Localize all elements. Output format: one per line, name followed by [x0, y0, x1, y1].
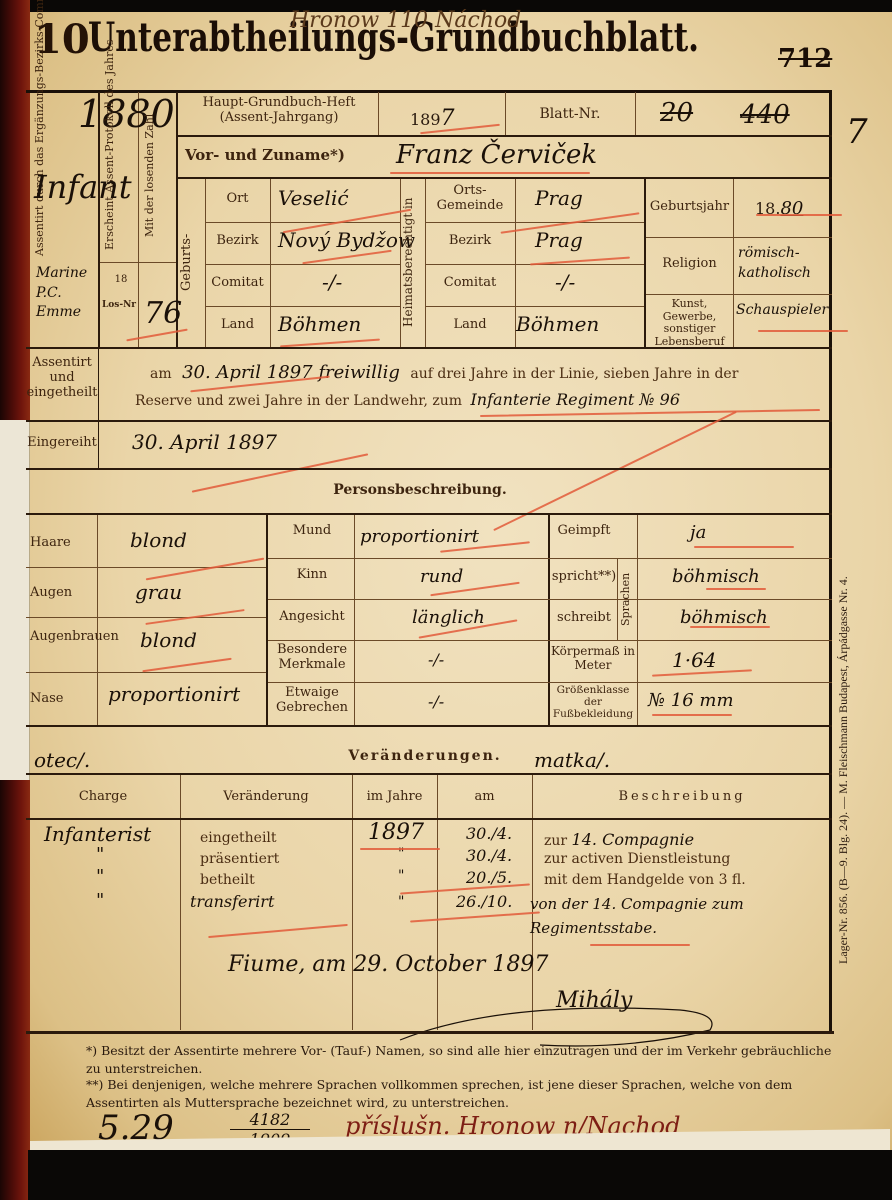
label-kinn: Kinn — [270, 568, 354, 583]
label-gebrechen: Etwaige Gebrechen — [270, 686, 354, 716]
label-grundbuch-heft: Haupt-Grundbuch-Heft (Assent-Jahrgang) — [180, 96, 378, 126]
label-heimat-gemeinde: Orts-Gemeinde — [425, 184, 515, 214]
label-religion: Religion — [646, 257, 733, 272]
hw-left-notes: Marine P.C. Emme — [36, 264, 96, 323]
label-heimat-land: Land — [425, 318, 515, 333]
row1-desc: zur 14. Compagnie — [544, 830, 694, 849]
row3-desc: mit dem Handgelde von 3 fl. — [544, 872, 746, 888]
value-schreibt: böhmisch — [680, 607, 768, 628]
value-schuhgroesse: № 16 mm — [648, 690, 734, 711]
assentirt-line-1: am 30. April 1897 freiwillig auf drei Ja… — [150, 362, 738, 383]
label-name: Vor- und Zuname*) — [185, 147, 345, 164]
regiment-hw: Infanterie Regiment № 96 — [470, 390, 680, 409]
label-angesicht: Angesicht — [270, 610, 354, 625]
value-koerpermass: 1·64 — [672, 648, 717, 672]
label-spricht: spricht**) — [550, 570, 618, 585]
row1-change: eingetheilt — [200, 830, 277, 846]
value-spricht: böhmisch — [672, 566, 760, 587]
heft-year: 1897 — [410, 106, 455, 131]
background-edge — [28, 1150, 892, 1200]
value-religion: römisch-katholisch — [738, 244, 828, 283]
value-heimat-bezirk: Prag — [535, 228, 583, 252]
value-birth-comitat: -/- — [322, 270, 342, 294]
row3-charge: " — [96, 866, 104, 887]
value-angesicht: länglich — [412, 607, 485, 628]
value-heimat-gemeinde: Prag — [535, 186, 583, 210]
row4-desc: von der 14. Compagnie zum Regimentsstabe… — [530, 892, 760, 940]
footnote-2: **) Bei denjenigen, welche mehrere Sprac… — [86, 1076, 838, 1112]
label-los-number: Mit der losenden Zahl — [144, 100, 172, 250]
fraction-top: 4182 — [230, 1110, 310, 1130]
printer-imprint: Lager-Nr. 856. (B—9. Blg. 24). — M. Flei… — [836, 520, 854, 1020]
col-im-jahre: im Jahre — [352, 790, 437, 805]
col-beschreibung: Beschreibung — [532, 790, 832, 805]
value-occupation: Schauspieler — [736, 302, 828, 318]
row4-charge: " — [96, 890, 104, 911]
value-gebrechen: -/- — [428, 692, 444, 711]
label-eingereiht: Eingereiht — [26, 436, 98, 451]
label-haare: Haare — [30, 536, 94, 551]
footnote-1: *) Besitzt der Assentirte mehrere Vor- (… — [86, 1042, 838, 1078]
row1-year: 1897 — [368, 820, 424, 845]
label-heimat-bezirk: Bezirk — [425, 234, 515, 249]
assentirt-line-2: Reserve und zwei Jahre in der Landwehr, … — [135, 390, 680, 409]
label-schreibt: schreibt — [550, 611, 618, 626]
row2-desc: zur activen Dienstleistung — [544, 851, 730, 867]
hw-otec: otec/. — [34, 748, 90, 772]
value-haare: blond — [130, 528, 187, 552]
row1-date: 30./4. — [466, 824, 512, 843]
value-birth-bezirk: Nový Bydžow — [278, 228, 415, 252]
row4-date: 26./10. — [456, 892, 512, 911]
row2-date: 30./4. — [466, 846, 512, 865]
row2-charge: " — [96, 844, 104, 865]
label-birth-ort: Ort — [205, 192, 270, 207]
row3-change: betheilt — [200, 872, 255, 888]
value-heimat-land: Böhmen — [516, 312, 599, 336]
label-year-prefix: 18 — [106, 274, 136, 286]
label-merkmale: Besondere Merkmale — [270, 643, 354, 673]
label-heimat-comitat: Comitat — [425, 276, 515, 291]
label-mund: Mund — [270, 524, 354, 539]
value-los-number: 76 — [144, 296, 182, 331]
label-los-nr: Los-Nr — [100, 300, 138, 310]
label-birth-bezirk: Bezirk — [205, 234, 270, 249]
value-name: Franz Červiček — [396, 140, 597, 170]
value-kinn: rund — [420, 566, 463, 587]
value-birth-ort: Veselić — [278, 186, 349, 210]
label-assentirt: Assentirt und eingetheilt — [26, 356, 98, 401]
label-geburts: Geburts- — [180, 185, 202, 340]
label-birth-land: Land — [205, 318, 270, 333]
label-occupation: Kunst, Gewerbe, sonstiger Lebensberuf — [646, 298, 733, 349]
col-charge: Charge — [26, 790, 180, 805]
row4-year: " — [398, 894, 404, 910]
value-augen: grau — [135, 580, 182, 604]
value-mund: proportionirt — [360, 526, 479, 547]
value-merkmale: -/- — [428, 650, 444, 669]
label-sprachen: Sprachen — [620, 562, 636, 636]
title-suffix-struck: 712 — [778, 44, 832, 74]
hw-branch-infant: Infant — [34, 168, 132, 206]
value-birth-land: Böhmen — [278, 312, 361, 336]
label-birth-year: Geburtsjahr — [646, 200, 733, 215]
blatt-struck-1: 20 — [660, 98, 693, 128]
row2-change: präsentiert — [200, 851, 279, 867]
label-augenbrauen: Augenbrauen — [30, 630, 94, 645]
blatt-value: 7 — [846, 112, 868, 152]
value-heimat-comitat: -/- — [555, 270, 575, 294]
heft-year-hw: 7 — [441, 106, 455, 131]
label-geimpft: Geimpft — [550, 524, 618, 539]
closing-place-date: Fiume, am 29. October 1897 — [228, 952, 548, 977]
label-blatt-nr: Blatt-Nr. — [515, 106, 625, 122]
label-nase: Nase — [30, 692, 94, 707]
label-birth-comitat: Comitat — [205, 276, 270, 291]
heading-veraenderungen: Veränderungen. — [320, 748, 530, 764]
blatt-struck-2: 440 — [740, 100, 790, 130]
row3-year: " — [398, 868, 404, 884]
row4-change: transferirt — [190, 892, 274, 911]
value-augenbrauen: blond — [140, 628, 197, 652]
hw-matka: matka/. — [534, 748, 610, 772]
label-heimat: Heimatsberechtigt in — [402, 185, 424, 340]
handwritten-place-note: Hronow 110 Náchod — [290, 8, 521, 33]
col-am: am — [437, 790, 532, 805]
value-eingereiht: 30. April 1897 — [132, 430, 277, 454]
label-schuhgroesse: Größenklasse der Fußbekleidung — [550, 684, 636, 720]
label-augen: Augen — [30, 586, 94, 601]
col-veraenderung: Veränderung — [180, 790, 352, 805]
label-koerpermass: Körpermaß in Meter — [550, 645, 636, 673]
heading-personsbeschreibung: Personsbeschreibung. — [320, 482, 520, 498]
value-geimpft: ja — [690, 522, 706, 543]
row1-charge: Infanterist — [44, 822, 151, 846]
value-nase: proportionirt — [108, 682, 240, 706]
heft-year-printed: 189 — [410, 110, 441, 129]
